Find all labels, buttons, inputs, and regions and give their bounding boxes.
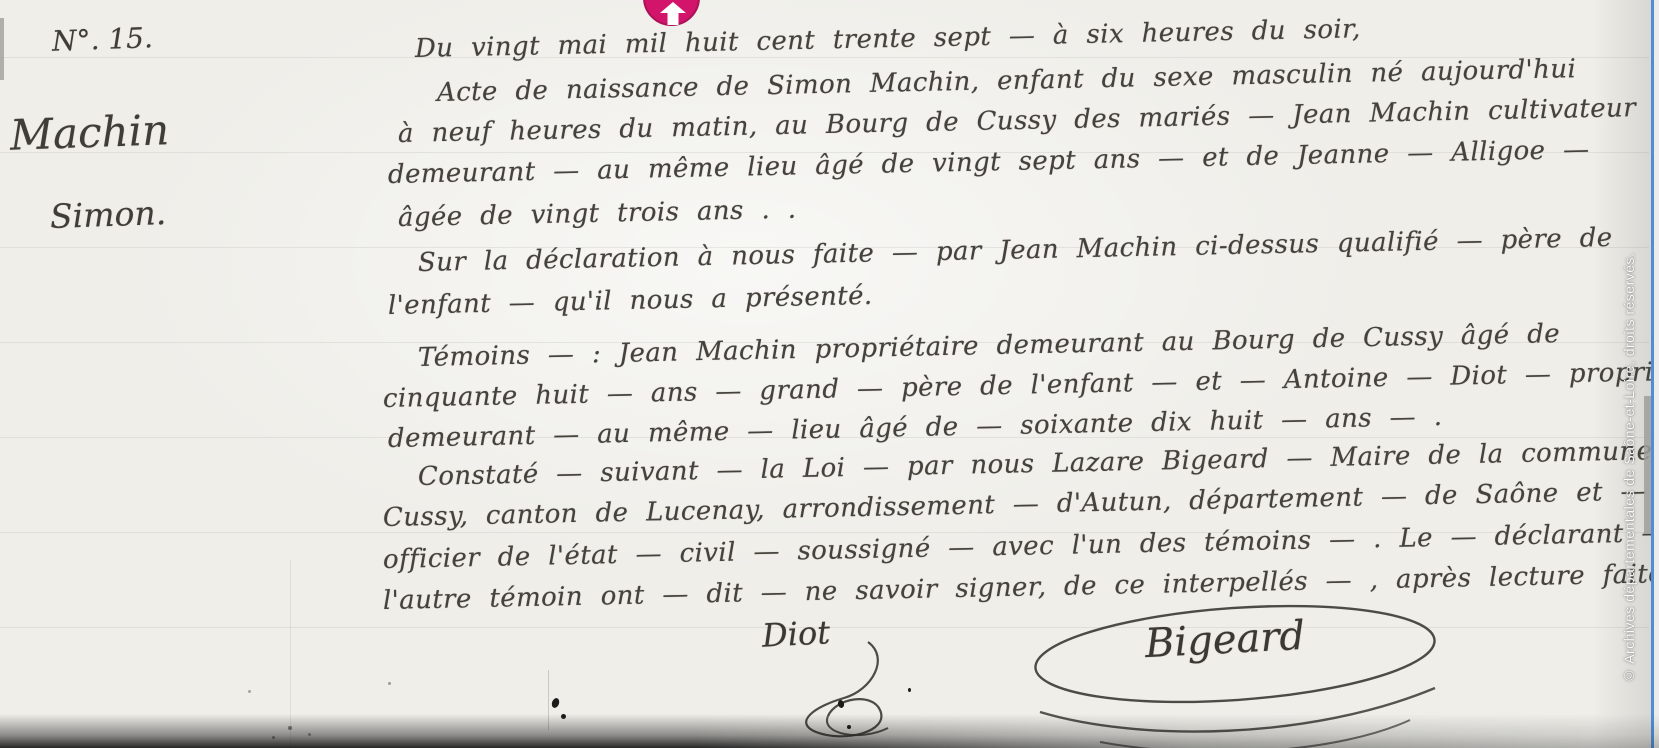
act-line: Sur la déclaration à nous faite — par Je…	[418, 225, 1613, 276]
archive-scan-viewer: N°. 15. Machin Simon. Du vingt mai mil h…	[0, 0, 1659, 748]
ink-speck	[908, 688, 911, 692]
ink-speck	[837, 699, 845, 708]
signature-diot: Diot	[761, 616, 831, 652]
record-number: N°. 15.	[52, 24, 154, 56]
margin-given-name: Simon.	[49, 196, 166, 233]
signature-bigeard: Bigeard	[1144, 616, 1306, 664]
back-to-top-button[interactable]	[643, 0, 700, 26]
scan-edge-gray-patch	[1644, 396, 1651, 534]
ink-speck	[248, 690, 251, 693]
scan-edge-left	[0, 18, 4, 80]
act-line: Du vingt mai mil huit cent trente sept —…	[415, 16, 1361, 62]
copyright-watermark: © Archives départementales de Saône-et-L…	[1621, 214, 1637, 684]
ink-speck	[551, 697, 561, 709]
scan-bottom-shadow	[0, 714, 1659, 748]
act-line: l'enfant — qu'il nous a présenté.	[388, 283, 873, 319]
act-line: âgée de vingt trois ans . .	[398, 197, 797, 231]
margin-surname: Machin	[9, 109, 169, 157]
arrow-up-icon	[660, 2, 686, 25]
ink-speck	[388, 682, 391, 685]
scan-edge-right	[1654, 0, 1659, 748]
